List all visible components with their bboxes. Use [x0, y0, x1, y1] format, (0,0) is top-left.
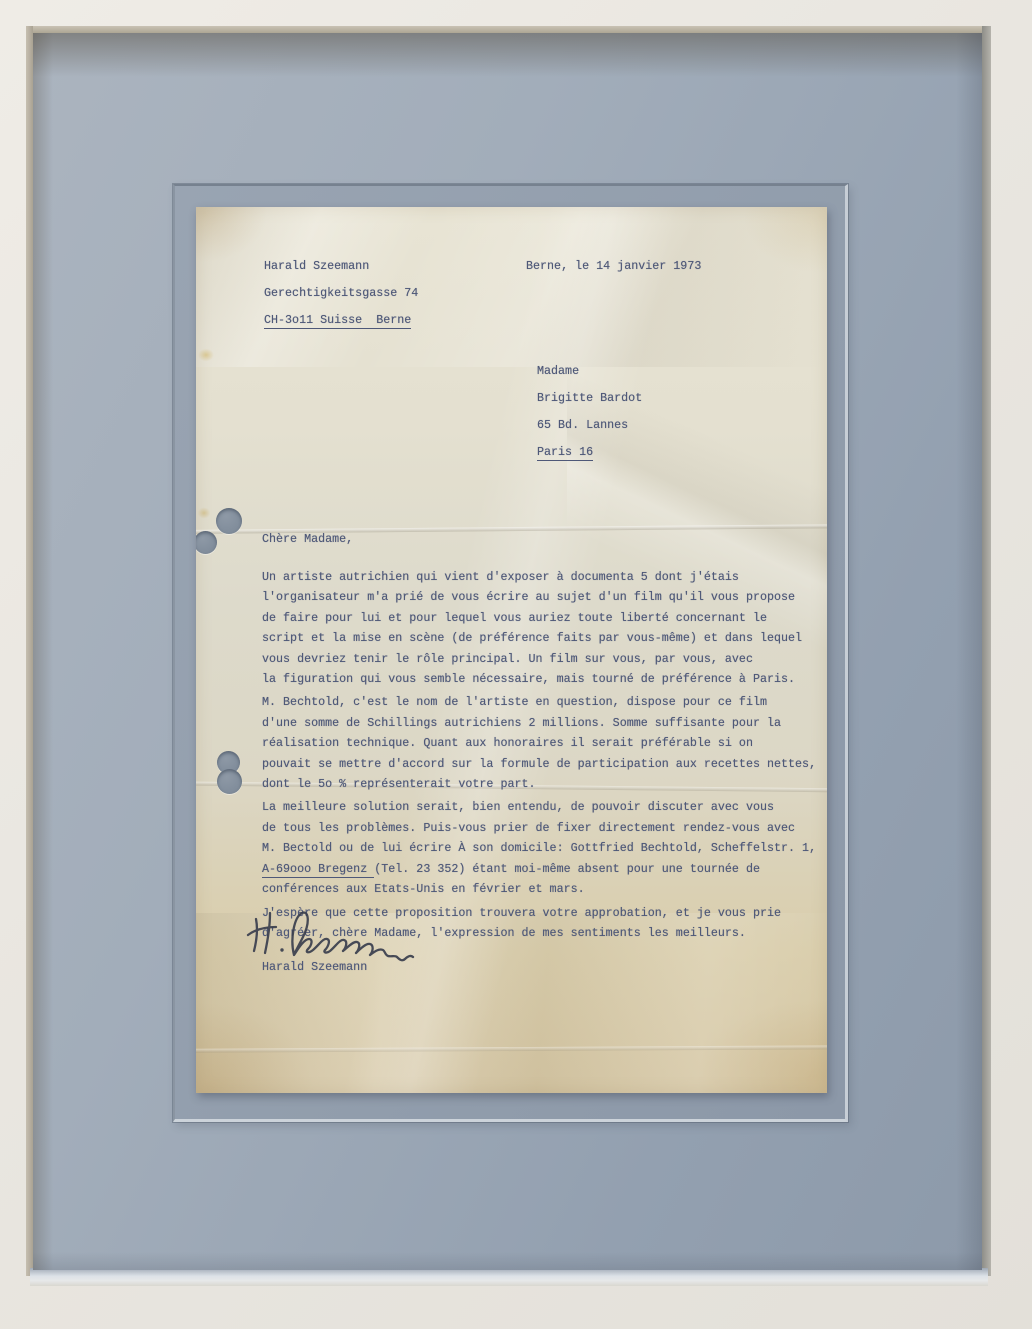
letter-body: Un artiste autrichien qui vient d'expose…: [262, 567, 816, 946]
paragraph-3: La meilleure solution serait, bien enten…: [262, 797, 816, 899]
mat-shadow-left: [33, 33, 53, 1270]
mat-shadow-bottom: [33, 1252, 982, 1270]
paragraph-1: Un artiste autrichien qui vient d'expose…: [262, 567, 816, 689]
recipient-address-block: Madame Brigitte Bardot 65 Bd. Lannes Par…: [537, 358, 642, 466]
recipient-city: Paris 16: [537, 439, 642, 466]
framed-letter-photo: Harald Szeemann Gerechtigkeitsgasse 74 C…: [0, 0, 1032, 1329]
recipient-name: Brigitte Bardot: [537, 385, 642, 412]
recipient-street: 65 Bd. Lannes: [537, 412, 642, 439]
line-with-underline: A-69ooo Bregenz (Tel. 23 352) étant moi-…: [262, 859, 816, 879]
signature-typed-name: Harald Szeemann: [262, 957, 367, 977]
sender-address-block: Harald Szeemann Gerechtigkeitsgasse 74 C…: [264, 253, 418, 334]
frame-inner-edge-left: [26, 26, 33, 1276]
sender-city: CH-3o11 Suisse Berne: [264, 307, 418, 334]
punch-hole: [196, 531, 217, 554]
paragraph-2: M. Bechtold, c'est le nom de l'artiste e…: [262, 692, 816, 794]
salutation: Chère Madame,: [262, 529, 353, 549]
recipient-title: Madame: [537, 358, 642, 385]
dateline: Berne, le 14 janvier 1973: [526, 253, 701, 280]
frame-inner-edge-right: [982, 26, 991, 1276]
punch-hole: [216, 508, 242, 534]
sender-street: Gerechtigkeitsgasse 74: [264, 280, 418, 307]
frame-inner-edge-bottom: [30, 1268, 988, 1286]
sender-name: Harald Szeemann: [264, 253, 418, 280]
punch-hole: [217, 769, 242, 794]
frame-inner-edge-top: [27, 26, 988, 33]
mat-shadow-top: [33, 33, 982, 77]
letter-paper: Harald Szeemann Gerechtigkeitsgasse 74 C…: [196, 207, 827, 1093]
mat-shadow-right: [956, 33, 982, 1270]
